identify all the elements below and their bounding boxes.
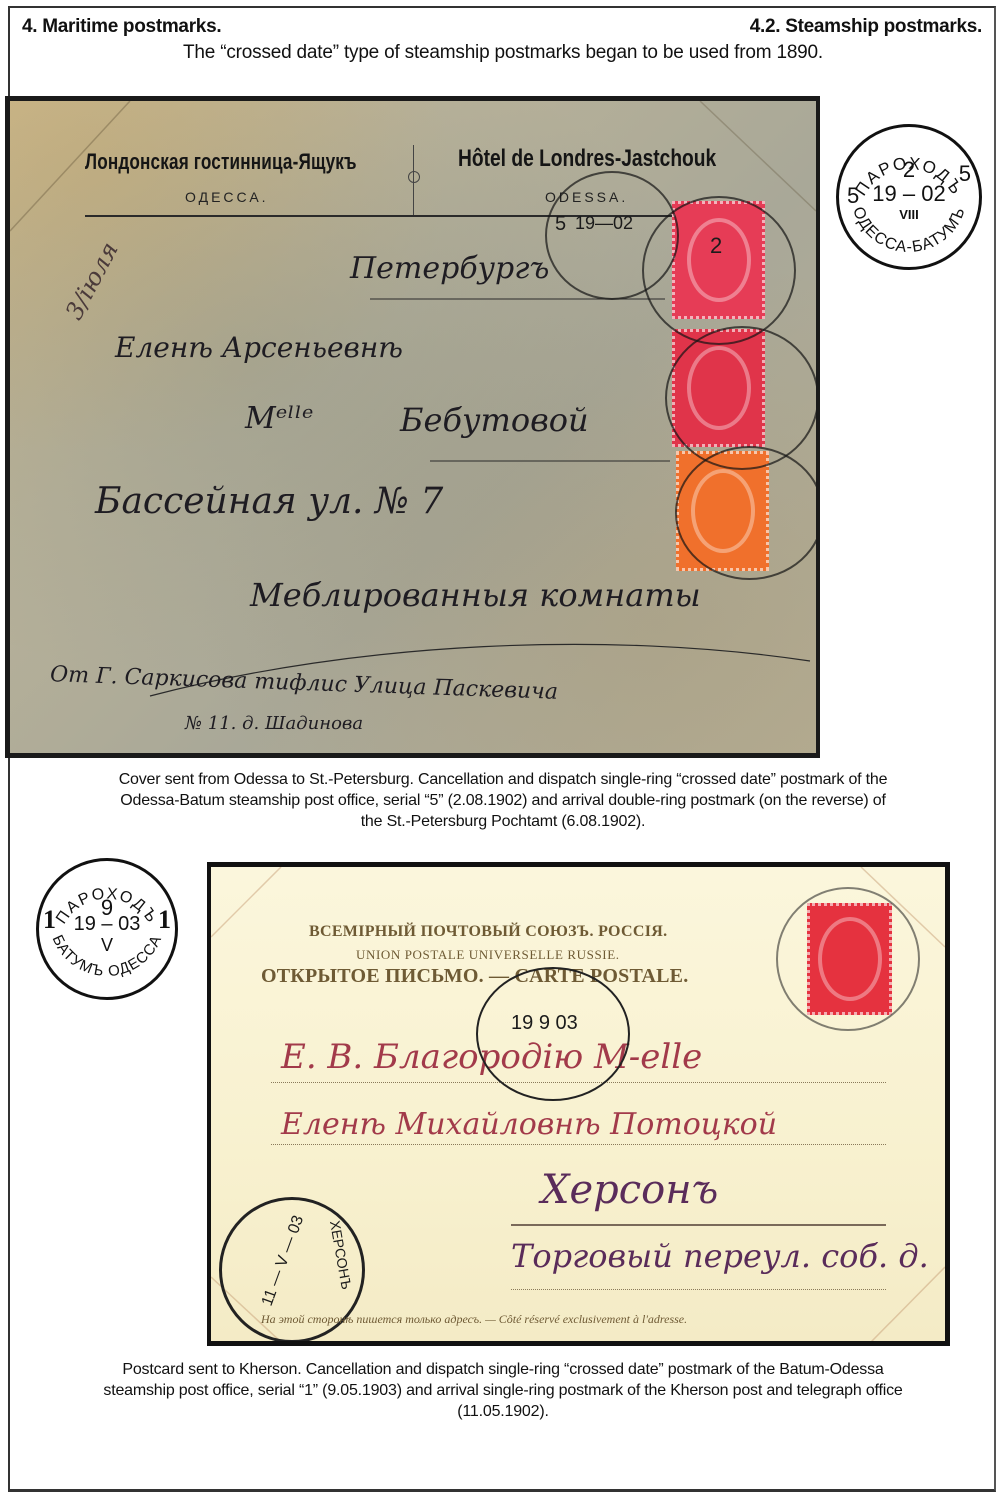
subsection-title: 4.2. Steamship postmarks. [750,16,982,38]
cover-postmark-2 [642,196,796,345]
address-line-3 [511,1224,886,1226]
cover-envelope-image: Лондонская гостинница-Ящукъ Hôtel de Lon… [5,96,820,758]
handwritten-street: Бассейная ул. № 7 [95,481,443,522]
address-line-4 [511,1289,886,1290]
postmark-year: 19 – 03 [39,913,175,936]
page-subtitle: The “crossed date” type of steamship pos… [0,42,1006,64]
letterhead-russian: Лондонская гостинница-Ящукъ [85,149,357,175]
postmark-month: VIII [839,207,979,222]
handwritten-rooms: Меблированныя комнаты [250,576,701,614]
caption-cover: Cover sent from Odessa to St.-Petersburg… [0,769,1006,832]
handwritten-title: Mᵉˡˡᵉ [245,401,314,436]
handwritten-recipient: Еленѣ Михайловнѣ Потоцкой [281,1107,777,1142]
postcard-header-french: UNION POSTALE UNIVERSELLE RUSSIE. [356,947,620,963]
handwritten-recipient-name: Еленѣ Арсеньевнѣ [115,331,403,364]
postmark-serial-right: 1 [158,905,171,935]
handwritten-surname: Бебутовой [400,401,589,439]
postcard-dispatch-postmark-date: 19 9 03 [511,1012,578,1035]
address-line-2 [271,1144,886,1145]
postcard-header-russian: ВСЕМІРНЫЙ ПОЧТОВЫЙ СОЮЗЪ. РОССІЯ. [309,923,667,941]
handwritten-street: Торговый переул. соб. д. [511,1237,929,1275]
postcard-footer: На этой сторонѣ пишется только адресъ. —… [261,1312,687,1327]
ornament-icon [408,171,420,183]
caption-postcard: Postcard sent to Kherson. Cancellation a… [0,1359,1006,1422]
handwritten-city: Херсонъ [541,1167,718,1213]
postcard-stamp-postmark [776,887,920,1031]
postcard-image: ВСЕМІРНЫЙ ПОЧТОВЫЙ СОЮЗЪ. РОССІЯ. UNION … [207,862,950,1346]
letterhead-french: Hôtel de Londres-Jastchouk [458,145,716,173]
section-title: 4. Maritime postmarks. [22,16,221,38]
cover-postmark-day: 2 [710,233,722,259]
postmark-serial-left: 1 [43,905,56,935]
cover-postmark-serial: 5 [555,213,566,236]
cover-postmark-year: 19—02 [575,213,633,234]
postcard-title: ОТКРЫТОЕ ПИСЬМО. — CARTE POSTALE. [261,965,688,988]
cover-postmark-4 [675,446,820,580]
postmark-month: V [39,935,175,956]
handwritten-city: Петербургъ [350,251,549,286]
postmark-drawing-batum-odessa: ПАРОХОДЪ БАТУМЪ ОДЕССА 9 19 – 03 V 1 1 [36,858,178,1000]
postmark-drawing-odessa-batum: ПАРОХОДЪ ОДЕССА-БАТУМЪ 2 19 – 02 VIII 5 … [836,124,982,270]
letterhead-city-russian: ОДЕССА. [185,189,269,205]
handwritten-sender-line2: № 11. д. Шадинова [185,713,363,734]
postmark-serial-left: 5 [847,183,859,209]
postmark-serial-right: 5 [959,161,971,187]
